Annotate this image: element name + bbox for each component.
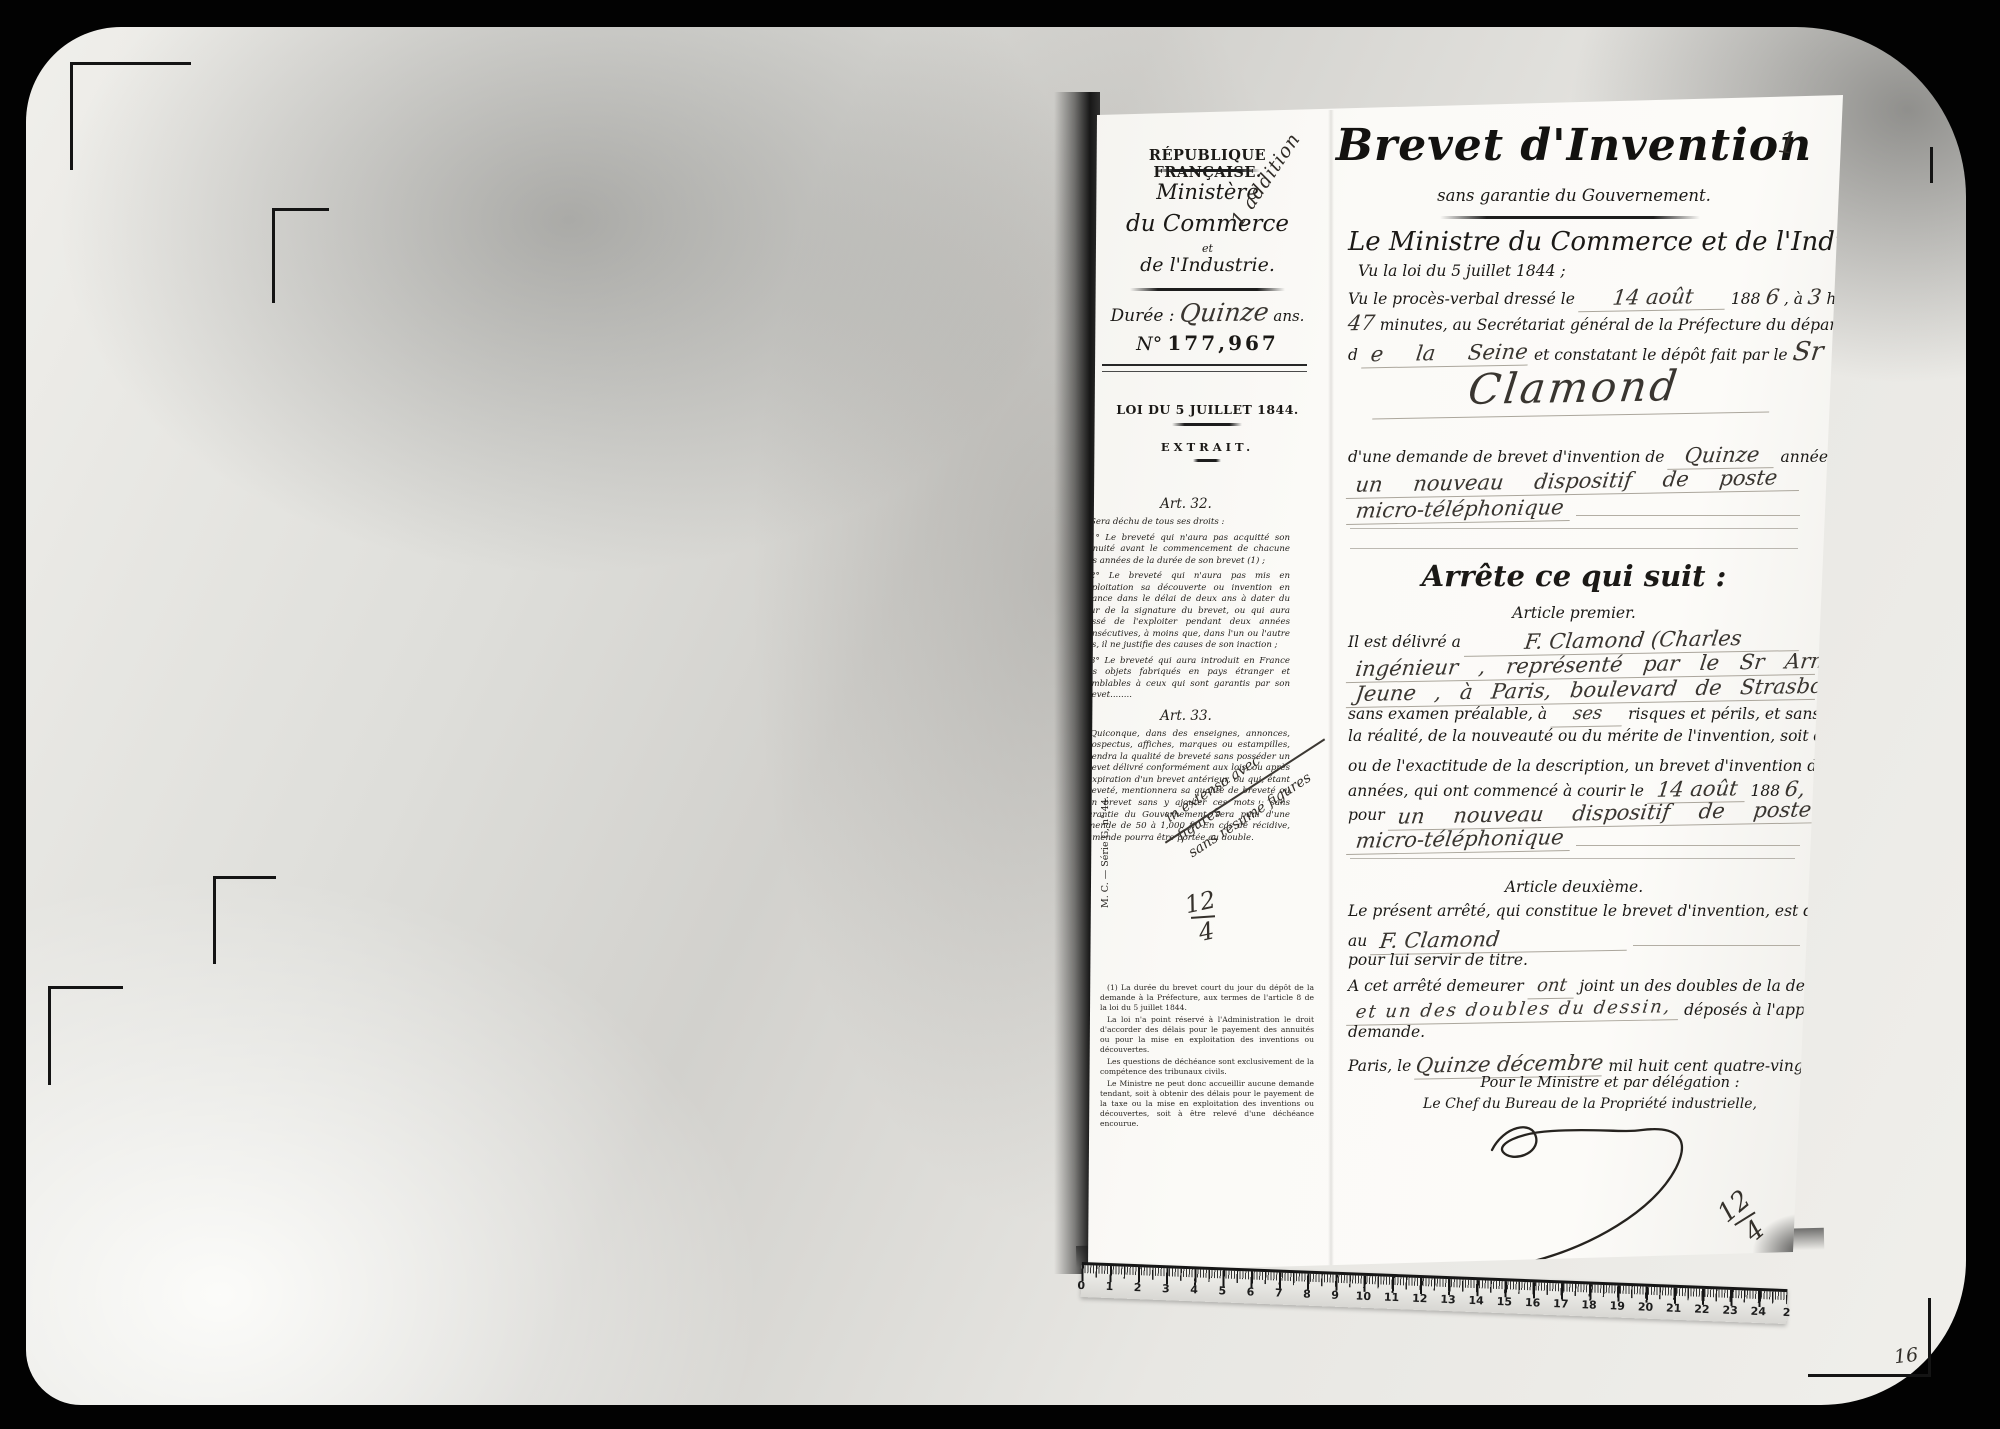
patent-number: 177,967: [1167, 331, 1278, 355]
corner-mark-upper-inner: [272, 208, 329, 303]
arrete2-line1: Le présent arrêté, qui constitue le brev…: [1348, 902, 1800, 921]
dessin-line: et un des doubles du dessin, déposés à l…: [1348, 999, 1800, 1023]
ministry-line2: du Commerce: [1100, 211, 1315, 237]
fraction-note: 12 4: [1183, 887, 1224, 946]
blank-fill: [1633, 945, 1800, 946]
patent-document-page: RÉPUBLIQUE FRANÇAISE. Ministère du Comme…: [1080, 90, 1855, 1280]
ruler-number: 2: [1123, 1281, 1152, 1295]
ruler-number: 24: [1744, 1304, 1773, 1318]
pv-printed: Vu le procès-verbal dressé le: [1348, 290, 1575, 309]
ruler-number: 22: [1688, 1302, 1717, 1316]
corner-mark-top-left: [70, 62, 191, 170]
ruler-number: 5: [1208, 1284, 1237, 1298]
titre-printed: pour lui servir de titre.: [1348, 951, 1528, 970]
footnote-4: Le Ministre ne peut donc accueillir aucu…: [1100, 1079, 1314, 1129]
vu-loi-text: Vu la loi du 5 juillet 1844 ;: [1358, 262, 1566, 281]
ruler-number: 8: [1293, 1287, 1322, 1301]
invention-line1: un nouveau dispositif de poste: [1348, 468, 1800, 495]
art32-heading: Art. 32.: [1082, 495, 1290, 513]
art33-heading: Art. 33.: [1082, 707, 1290, 725]
minutes-printed: minutes, au Secrétariat général de la Pr…: [1380, 316, 1893, 335]
risques-printed: sans examen préalable, à: [1348, 705, 1547, 724]
arrete2-printed: Le présent arrêté, qui constitue le brev…: [1348, 902, 1858, 921]
demande-printed: d'une demande de brevet d'invention de: [1348, 448, 1664, 467]
art32-item2: 2° Le breveté qui n'aura pas mis en expl…: [1082, 571, 1290, 652]
rule: [1193, 459, 1221, 462]
risques-line: sans examen préalable, à ses risques et …: [1348, 703, 1800, 727]
art32-item1: 1° Le breveté qui n'aura pas acquitté so…: [1082, 533, 1290, 568]
ruler-number: 14: [1462, 1294, 1491, 1308]
footnote-3: Les questions de déchéance sont exclusiv…: [1100, 1057, 1314, 1077]
ruler-number: 17: [1546, 1297, 1575, 1311]
rule: [1172, 423, 1242, 426]
article1-heading: Article premier.: [1348, 604, 1800, 623]
dessin-handwritten: et un des doubles du dessin,: [1346, 996, 1681, 1025]
joint-mid: joint: [1579, 977, 1614, 996]
ruler-number: 7: [1264, 1286, 1293, 1300]
ministry-line1: Ministère: [1100, 180, 1315, 204]
ruler-number: 3: [1151, 1282, 1180, 1296]
minister-line: Le Ministre du Commerce et de l'Industri…: [1348, 226, 1800, 259]
arrete2-line3: pour lui servir de titre.: [1348, 951, 1800, 970]
ruler-number: 12: [1405, 1291, 1434, 1305]
annees-printed: années, qui ont commencé à courir le: [1348, 782, 1644, 801]
ruler-number: 19: [1603, 1299, 1632, 1313]
joint-handwritten: ont: [1527, 975, 1576, 999]
subtitle-text: sans garantie du Gouvernement.: [1437, 186, 1711, 207]
law-heading: LOI DU 5 JUILLET 1844.: [1100, 402, 1315, 417]
blank-fill: [1576, 845, 1800, 846]
rule: [1155, 169, 1260, 172]
ruler-number: 11: [1377, 1290, 1406, 1304]
joint-line: A cet arrêté demeurer ont joint un des d…: [1348, 975, 1800, 999]
ruler-number: 18: [1575, 1298, 1604, 1312]
depositor-line: Clamond: [1348, 362, 1800, 416]
ruler-number: 15: [1490, 1295, 1519, 1309]
ruler-number: 16: [1518, 1296, 1547, 1310]
exactitude-printed: ou de l'exactitude de la description, un…: [1348, 757, 1826, 776]
extract-heading: EXTRAIT.: [1100, 440, 1315, 454]
micro-line: micro-téléphonique: [1348, 826, 1800, 853]
pv-hour-handwritten: 3: [1806, 284, 1823, 310]
depositor-name-handwritten: Clamond: [1372, 359, 1775, 419]
pv-year-handwritten: 6: [1764, 284, 1781, 310]
article1-text: Article premier.: [1512, 604, 1636, 623]
ruler-number: 10: [1349, 1289, 1378, 1303]
minister-text: Le Ministre du Commerce et de l'Industri…: [1348, 226, 1920, 259]
duration-value-handwritten: Quinze: [1178, 297, 1270, 328]
series-reference-vertical: M. C. — Série G, n° 44.: [1100, 788, 1111, 908]
invention-handwritten-1: un nouveau dispositif de poste: [1346, 464, 1802, 499]
official-signature: [1470, 1110, 1740, 1270]
number-label: N°: [1136, 333, 1162, 355]
delegation-text: Pour le Ministre et par délégation :: [1481, 1074, 1740, 1092]
page-fold-line: [1328, 110, 1334, 1270]
pv-date-handwritten: 14 août: [1578, 283, 1728, 313]
subtitle: sans garantie du Gouvernement.: [1348, 186, 1800, 207]
pour-line: pour un nouveau dispositif de poste: [1348, 800, 1800, 827]
edge-tick-mark: [1930, 147, 1933, 183]
ruler-number: 4: [1180, 1283, 1209, 1297]
blank-form-line: [1350, 548, 1798, 549]
duration-suffix: ans.: [1273, 307, 1304, 325]
arrete-text: Arrête ce qui suit :: [1422, 558, 1727, 594]
ruler-number: 1: [1095, 1280, 1124, 1294]
ministry-line4: de l'Industrie.: [1100, 254, 1315, 276]
pv-year-printed: 188: [1731, 290, 1761, 309]
demande-word: demande.: [1348, 1023, 1425, 1042]
frame-number-note: 16: [1893, 1344, 1919, 1368]
corner-mark-bottom-left: [48, 986, 123, 1085]
paris-printed: Paris, le: [1348, 1057, 1411, 1076]
ruler-number: 21: [1659, 1301, 1688, 1315]
arrete2-line2: au F. Clamond: [1348, 926, 1800, 953]
ruler-number: 13: [1434, 1293, 1463, 1307]
minutes-line: 47 minutes, au Secrétariat général de la…: [1348, 310, 1800, 336]
footnote-2: La loi n'a point réservé à l'Administrat…: [1100, 1015, 1314, 1055]
risques-handwritten: ses: [1551, 702, 1625, 727]
rule: [1440, 216, 1700, 219]
document-title: Brevet d'Invention: [1348, 118, 1800, 173]
ruler-number: 20: [1631, 1300, 1660, 1314]
title-text: Brevet d'Invention: [1336, 118, 1812, 173]
delegation-line: Pour le Ministre et par délégation :: [1420, 1074, 1800, 1092]
blank-fill: [1576, 515, 1800, 516]
blank-form-line: [1350, 528, 1798, 529]
fraction-denominator: 4: [1196, 918, 1216, 945]
delivre-printed: Il est délivré a: [1348, 633, 1461, 652]
microfilm-scan: 16 RÉPUBLIQUE FRANÇAISE. Ministère du Co…: [0, 0, 2000, 1429]
arrete-heading: Arrête ce qui suit :: [1348, 558, 1800, 594]
ruler-number: 23: [1716, 1303, 1745, 1317]
proces-verbal-line: Vu le procès-verbal dressé le 14 août 18…: [1348, 284, 1800, 311]
ruler-number: 6: [1236, 1285, 1265, 1299]
art32-item3: 3° Le breveté qui aura introduit en Fran…: [1082, 656, 1290, 702]
ruler-number: 9: [1321, 1288, 1350, 1302]
micro-handwritten: micro-téléphonique: [1346, 824, 1573, 855]
joint-printed: A cet arrêté demeurer: [1348, 977, 1524, 996]
demande-word-line: demande.: [1348, 1023, 1800, 1042]
ruler-number: 0: [1067, 1278, 1096, 1292]
fraction-numerator: 12: [1183, 887, 1218, 917]
duration-label: Durée :: [1111, 306, 1175, 326]
art32-intro: Sera déchu de tous ses droits :: [1082, 517, 1290, 529]
exactitude-line: ou de l'exactitude de la description, un…: [1348, 751, 1800, 778]
article2-heading: Article deuxième.: [1348, 878, 1800, 897]
corner-mark-lower-inner: [213, 876, 276, 964]
ruler-number: 2: [1772, 1306, 1801, 1320]
invention-handwritten-2: micro-téléphonique: [1346, 494, 1573, 525]
delivre-line3: Jeune , à Paris, boulevard de Strasbourg…: [1348, 677, 1800, 704]
pour-printed: pour: [1348, 806, 1385, 825]
pv-mid: , à: [1784, 290, 1803, 309]
article2-text: Article deuxième.: [1505, 878, 1643, 897]
footnote-1: (1) La durée du brevet court du jour du …: [1100, 983, 1314, 1013]
minutes-handwritten: 47: [1346, 310, 1376, 337]
arrete2-au: au: [1348, 932, 1367, 951]
double-rule: [1102, 364, 1307, 372]
rule: [1130, 288, 1285, 291]
blank-form-line: [1350, 858, 1795, 859]
footnotes: (1) La durée du brevet court du jour du …: [1100, 983, 1314, 1131]
vu-loi-line: Vu la loi du 5 juillet 1844 ;: [1358, 262, 1810, 281]
realite-line: la réalité, de la nouveauté ou du mérite…: [1348, 727, 1800, 746]
invention-line2: micro-téléphonique: [1348, 496, 1800, 523]
